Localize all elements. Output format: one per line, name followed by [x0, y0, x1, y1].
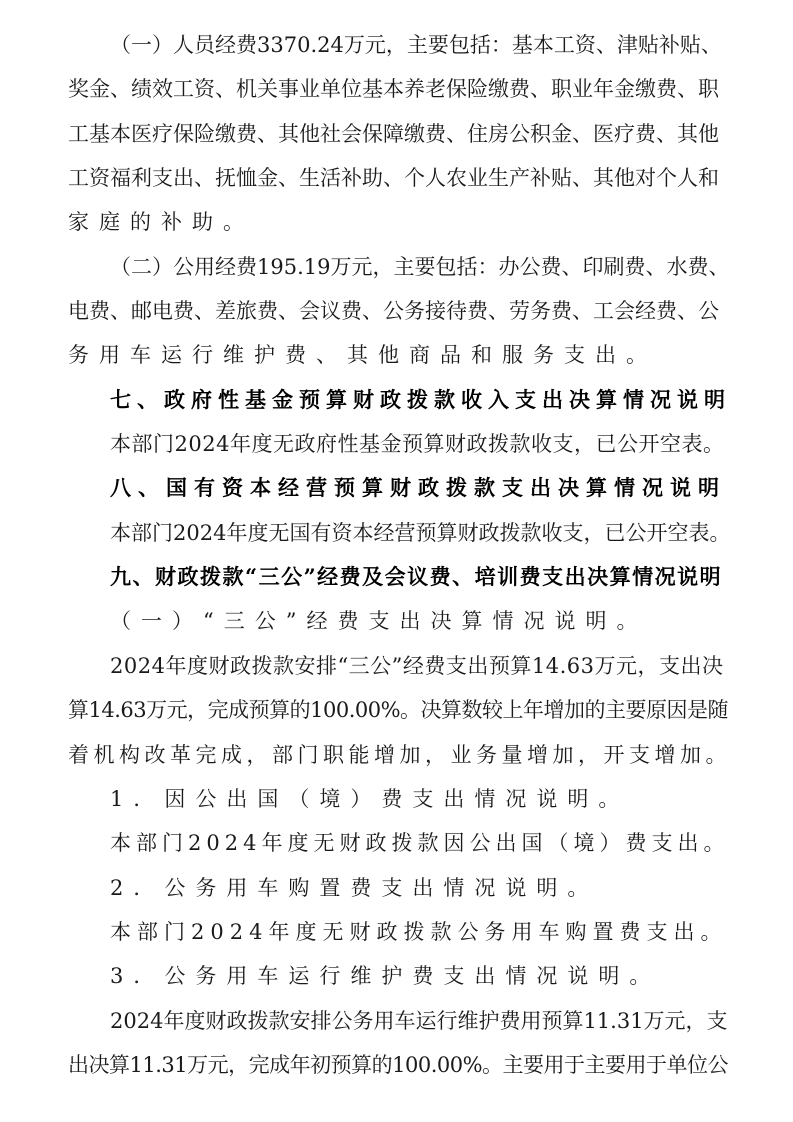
item-1-title: 1．因公出国（境）费支出情况说明。: [68, 777, 732, 821]
text-line: （二）公用经费195.19万元，主要包括：办公费、印刷费、水费、: [68, 245, 732, 289]
section-7-body: 本部门2024年度无政府性基金预算财政拨款收支，已公开空表。: [68, 422, 732, 466]
paragraph-public-expenses: （二）公用经费195.19万元，主要包括：办公费、印刷费、水费、 电费、邮电费、…: [68, 245, 732, 378]
text-line: 出决算11.31万元，完成年初预算的100.00%。主要用于主要用于单位公: [68, 1043, 732, 1087]
paragraph-vehicle-maintenance: 2024年度财政拨款安排公务用车运行维护费用预算11.31万元，支 出决算11.…: [68, 999, 732, 1088]
section-8-body: 本部门2024年度无国有资本经营预算财政拨款收支，已公开空表。: [68, 511, 732, 555]
section-heading-9: 九、财政拨款“三公”经费及会议费、培训费支出决算情况说明: [68, 555, 732, 599]
text-line: 家庭的补助。: [68, 200, 732, 244]
section-heading-8: 八、国有资本经营预算财政拨款支出决算情况说明: [68, 466, 732, 510]
paragraph-three-public-summary: 2024年度财政拨款安排“三公”经费支出预算14.63万元，支出决 算14.63…: [68, 644, 732, 777]
paragraph-personnel-expenses: （一）人员经费3370.24万元，主要包括：基本工资、津贴补贴、 奖金、绩效工资…: [68, 23, 732, 245]
text-line: （一）人员经费3370.24万元，主要包括：基本工资、津贴补贴、: [68, 23, 732, 67]
text-line: 电费、邮电费、差旅费、会议费、公务接待费、劳务费、工会经费、公: [68, 289, 732, 333]
text-line: 2024年度财政拨款安排“三公”经费支出预算14.63万元，支出决: [68, 644, 732, 688]
document-page: （一）人员经费3370.24万元，主要包括：基本工资、津贴补贴、 奖金、绩效工资…: [68, 23, 732, 1087]
text-line: 奖金、绩效工资、机关事业单位基本养老保险缴费、职业年金缴费、职: [68, 67, 732, 111]
text-line: 着机构改革完成，部门职能增加，业务量增加，开支增加。: [68, 733, 732, 777]
section-heading-7: 七、政府性基金预算财政拨款收入支出决算情况说明: [68, 378, 732, 422]
text-line: 2024年度财政拨款安排公务用车运行维护费用预算11.31万元，支: [68, 999, 732, 1043]
item-3-title: 3．公务用车运行维护费支出情况说明。: [68, 954, 732, 998]
text-line: 工基本医疗保险缴费、其他社会保障缴费、住房公积金、医疗费、其他: [68, 112, 732, 156]
text-line: 工资福利支出、抚恤金、生活补助、个人农业生产补贴、其他对个人和: [68, 156, 732, 200]
item-2-body: 本部门2024年度无财政拨款公务用车购置费支出。: [68, 910, 732, 954]
text-line: 算14.63万元，完成预算的100.00%。决算数较上年增加的主要原因是随: [68, 688, 732, 732]
item-2-title: 2．公务用车购置费支出情况说明。: [68, 866, 732, 910]
item-1-body: 本部门2024年度无财政拨款因公出国（境）费支出。: [68, 821, 732, 865]
text-line: 务用车运行维护费、其他商品和服务支出。: [68, 333, 732, 377]
subsection-three-public-title: （一）“三公”经费支出决算情况说明。: [68, 599, 732, 643]
